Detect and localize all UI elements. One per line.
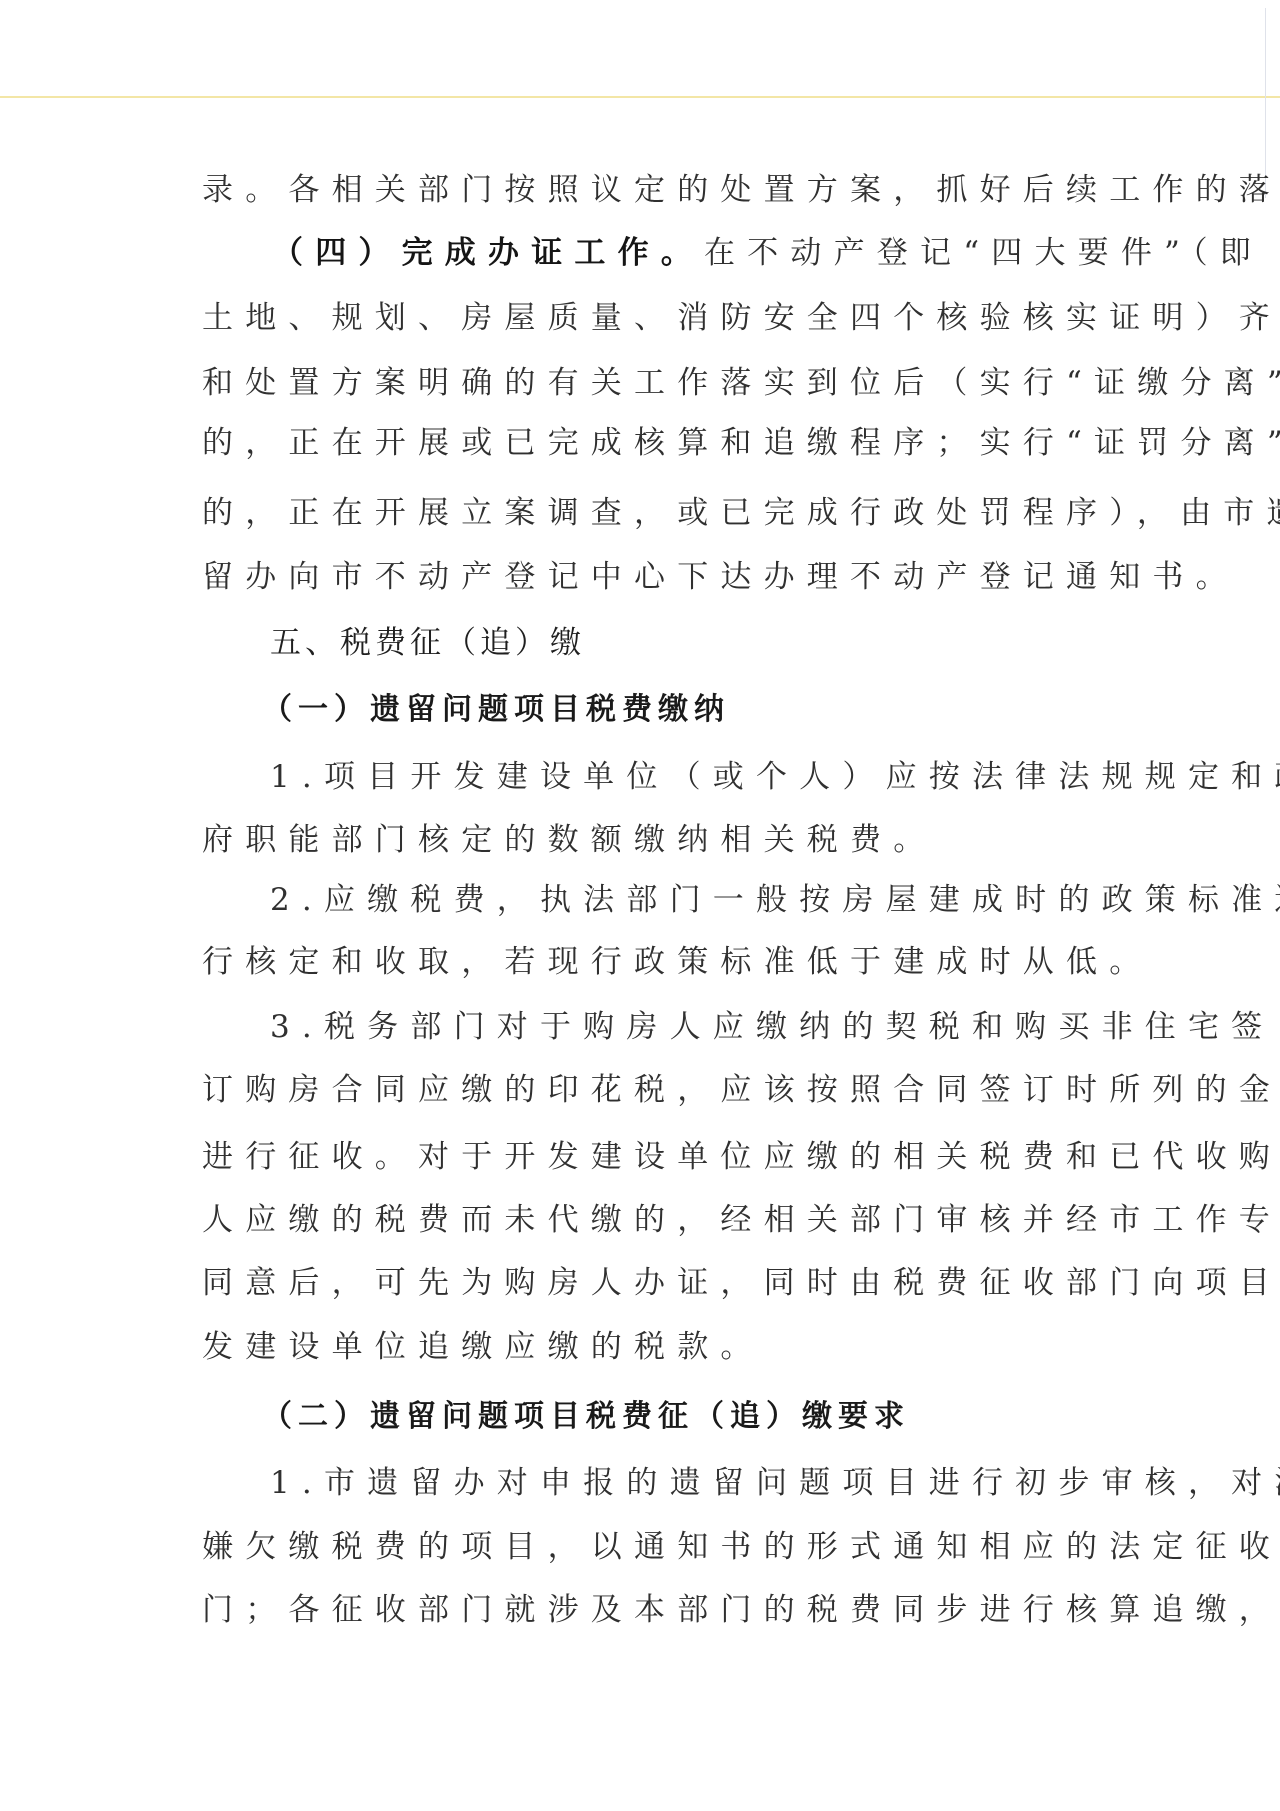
line-text: 行核定和收取，若现行政策标准低于建成时从低。 [202,944,1152,980]
subheading-2: （二）遗留问题项目税费征（追）缴要求 [262,1395,1142,1439]
item-2-line: 2.应缴税费，执法部门一般按房屋建成时的政策标准进 [270,878,1150,922]
paragraph-line: 进行征收。对于开发建设单位应缴的相关税费和已代收购房 [202,1135,1082,1179]
paragraph-line: 订购房合同应缴的印花税，应该按照合同签订时所列的金额 [202,1068,1082,1112]
subheading-1: （一）遗留问题项目税费缴纳 [262,688,1142,732]
line-text: 留办向市不动产登记中心下达办理不动产登记通知书。 [202,559,1239,595]
line-text: 人应缴的税费而未代缴的，经相关部门审核并经市工作专班 [202,1202,1280,1238]
line-text: 和处置方案明确的有关工作落实到位后（实行“证缴分离” [202,365,1280,401]
line-text: 订购房合同应缴的印花税，应该按照合同签订时所列的金额 [202,1072,1280,1108]
section-4-title: （四）完成办证工作。 [272,235,704,271]
paragraph-line: 行核定和收取，若现行政策标准低于建成时从低。 [202,940,1082,984]
line-text: 1.项目开发建设单位（或个人）应按法律法规规定和政 [270,759,1280,795]
paragraph-line: 录。各相关部门按照议定的处置方案，抓好后续工作的落实。 [202,168,1082,212]
paragraph-line: 留办向市不动产登记中心下达办理不动产登记通知书。 [202,555,1082,599]
line-text: 2.应缴税费，执法部门一般按房屋建成时的政策标准进 [270,882,1280,918]
paragraph-line: 同意后，可先为购房人办证，同时由税费征收部门向项目开 [202,1261,1082,1305]
paragraph-line: 的，正在开展立案调查，或已完成行政处罚程序），由市遗 [202,491,1082,535]
line-text: 土地、规划、房屋质量、消防安全四个核验核实证明）齐备 [202,300,1280,336]
subheading-text: （二）遗留问题项目税费征（追）缴要求 [262,1399,910,1434]
paragraph-line: 门；各征收部门就涉及本部门的税费同步进行核算追缴，并 [202,1588,1082,1632]
paragraph-line: 府职能部门核定的数额缴纳相关税费。 [202,818,1082,862]
line-text: 1.市遗留办对申报的遗留问题项目进行初步审核，对涉 [270,1465,1280,1501]
line-text: 同意后，可先为购房人办证，同时由税费征收部门向项目开 [202,1265,1280,1301]
line-text: 的，正在开展或已完成核算和追缴程序；实行“证罚分离” [202,425,1280,461]
line-text: 3.税务部门对于购房人应缴纳的契税和购买非住宅签 [270,1009,1274,1045]
paragraph-line: 的，正在开展或已完成核算和追缴程序；实行“证罚分离” [202,421,1082,465]
line-text: 发建设单位追缴应缴的税款。 [202,1329,764,1365]
item-1-line: 1.项目开发建设单位（或个人）应按法律法规规定和政 [270,755,1150,799]
line-text: 府职能部门核定的数额缴纳相关税费。 [202,822,936,858]
line-text: 录。各相关部门按照议定的处置方案，抓好后续工作的落实。 [202,172,1280,208]
heading-text: 五、税费征（追）缴 [270,625,585,661]
paragraph-line: 人应缴的税费而未代缴的，经相关部门审核并经市工作专班 [202,1198,1082,1242]
heading-section-5: 五、税费征（追）缴 [270,621,1150,665]
section-4-line: （四）完成办证工作。在不动产登记“四大要件”（即 [272,231,1152,275]
paragraph-line: 土地、规划、房屋质量、消防安全四个核验核实证明）齐备 [202,296,1082,340]
paragraph-line: 和处置方案明确的有关工作落实到位后（实行“证缴分离” [202,361,1082,405]
line-text: 的，正在开展立案调查，或已完成行政处罚程序），由市遗 [202,495,1280,531]
paragraph-line: 发建设单位追缴应缴的税款。 [202,1325,1082,1369]
line-text: 在不动产登记“四大要件”（即 [704,235,1263,271]
subheading-text: （一）遗留问题项目税费缴纳 [262,692,730,727]
document-page: 录。各相关部门按照议定的处置方案，抓好后续工作的落实。 （四）完成办证工作。在不… [0,0,1280,1811]
item-3-line: 3.税务部门对于购房人应缴纳的契税和购买非住宅签 [270,1005,1150,1049]
item-1-line: 1.市遗留办对申报的遗留问题项目进行初步审核，对涉 [270,1461,1150,1505]
paragraph-line: 嫌欠缴税费的项目，以通知书的形式通知相应的法定征收部 [202,1525,1082,1569]
line-text: 门；各征收部门就涉及本部门的税费同步进行核算追缴，并 [202,1592,1280,1628]
line-text: 进行征收。对于开发建设单位应缴的相关税费和已代收购房 [202,1139,1280,1175]
line-text: 嫌欠缴税费的项目，以通知书的形式通知相应的法定征收部 [202,1529,1280,1565]
